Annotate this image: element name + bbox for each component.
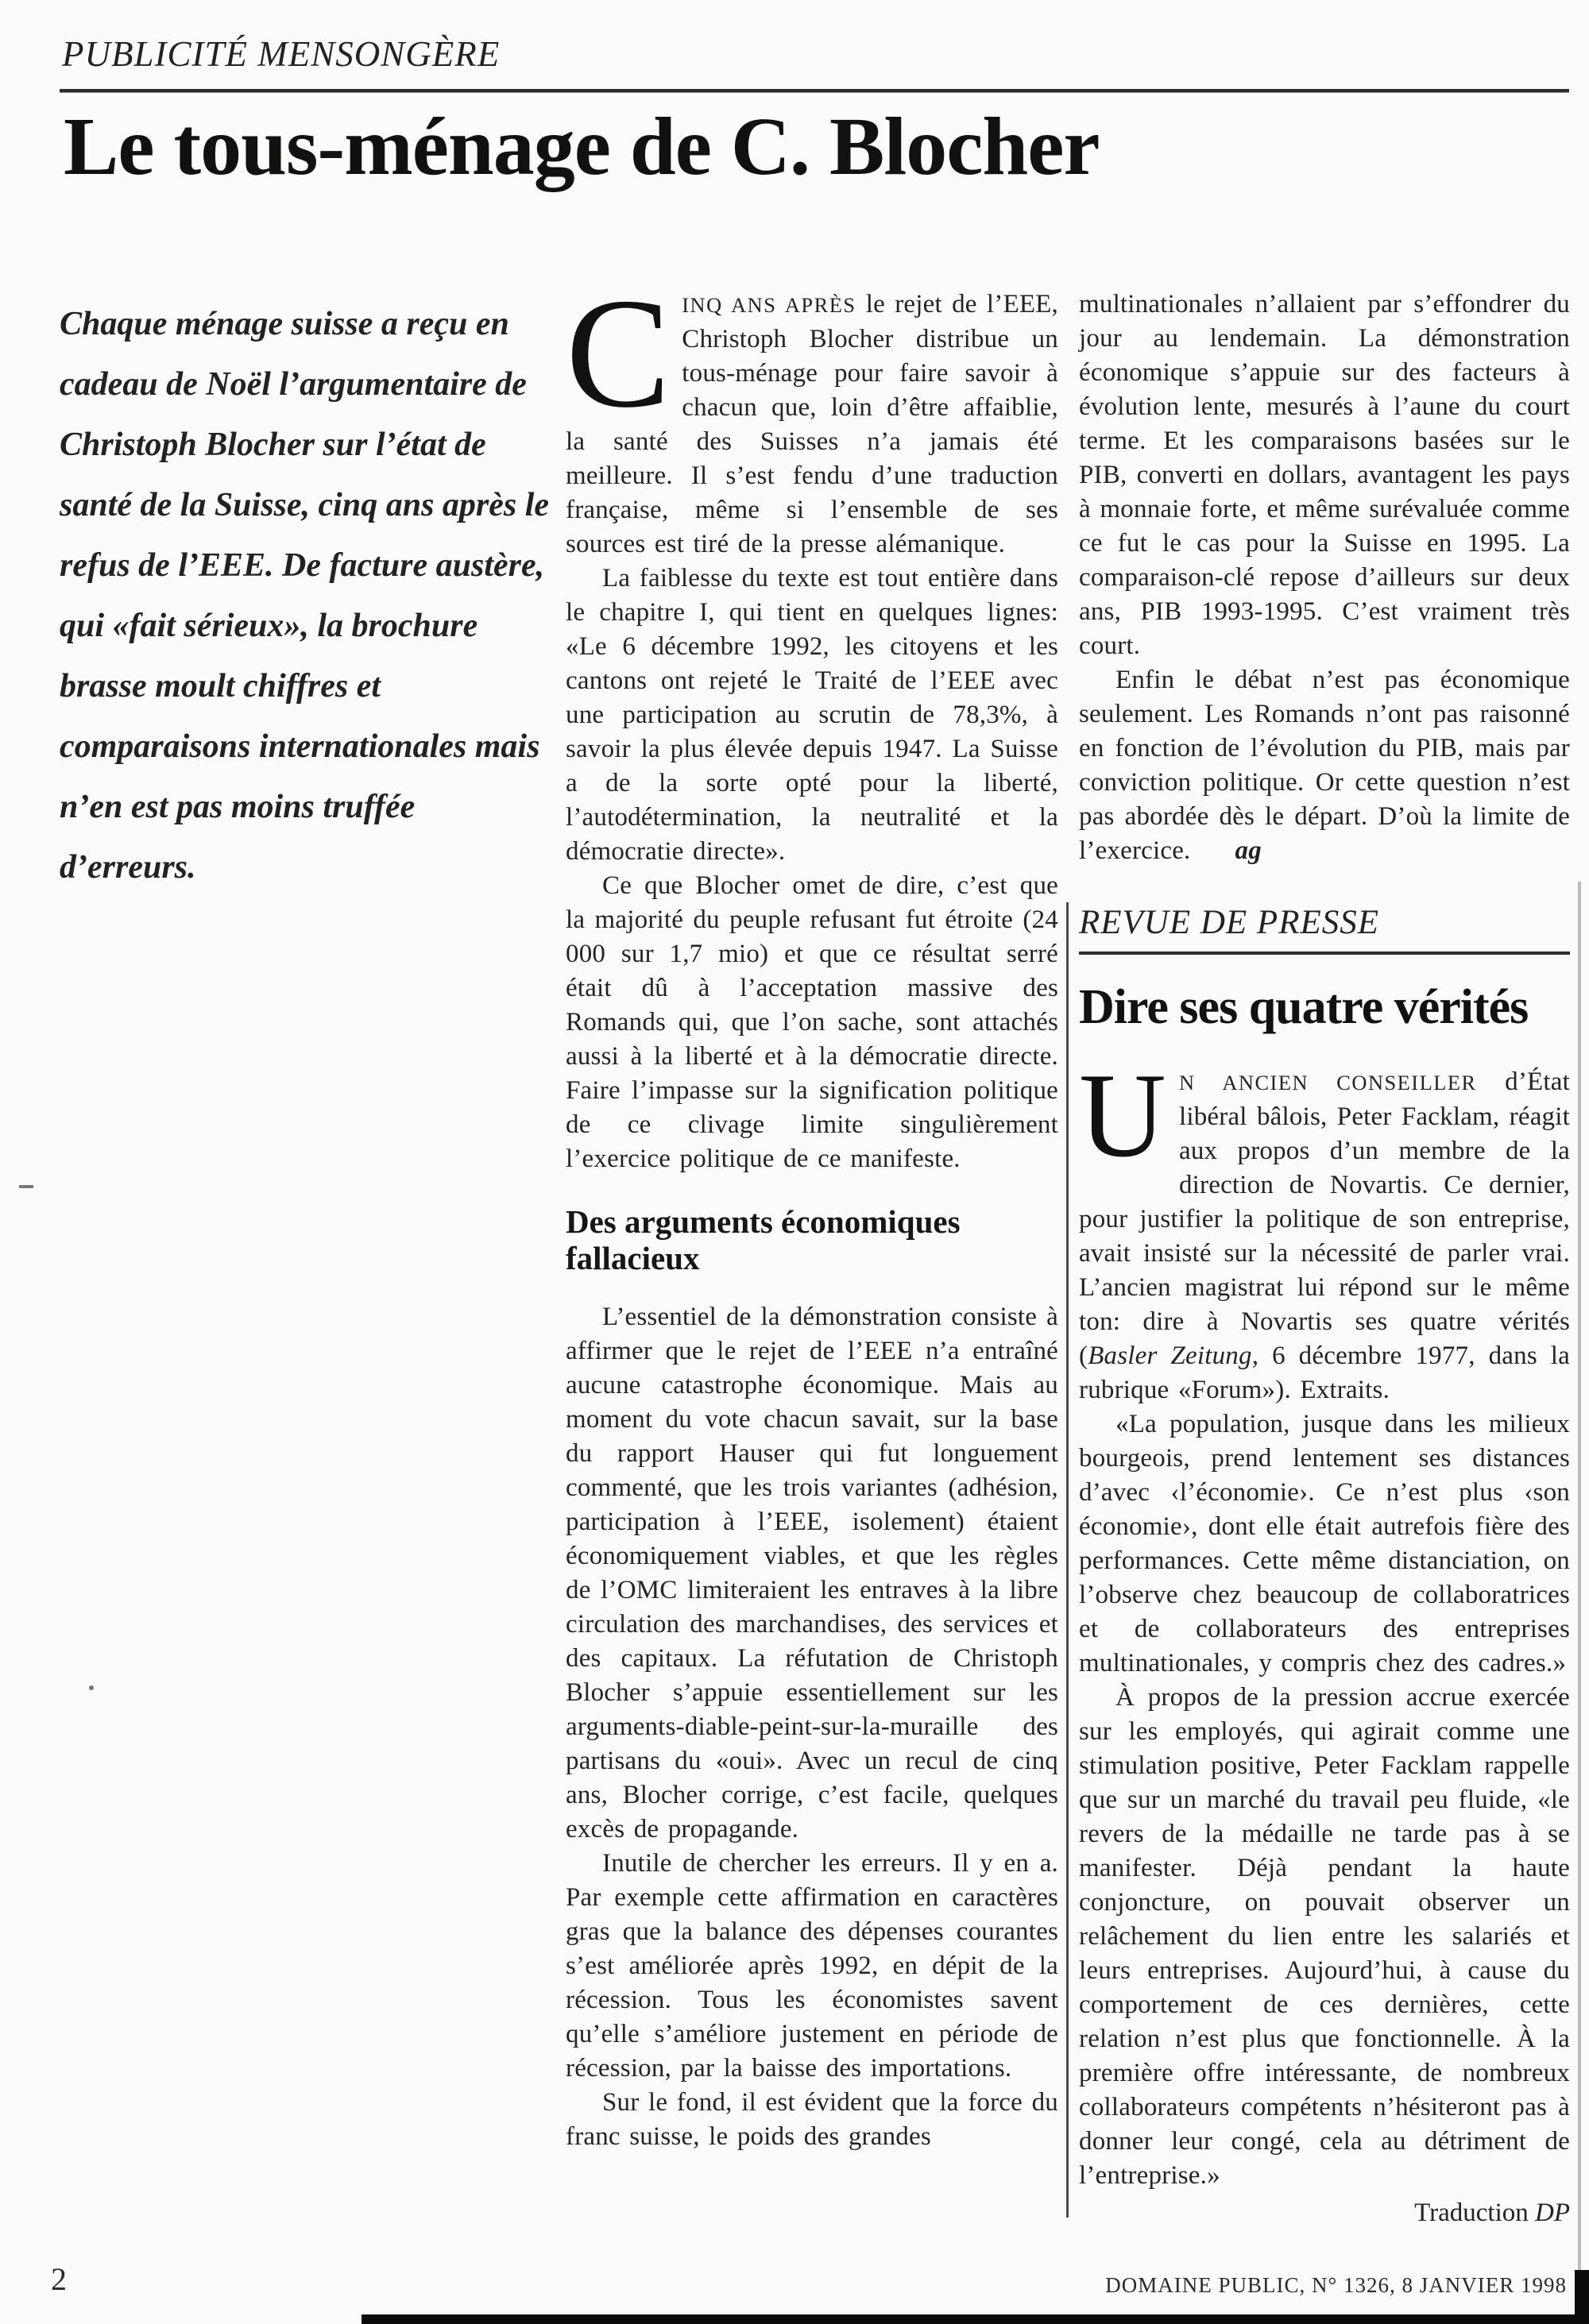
- subhead: Des arguments économiques fallacieux: [566, 1203, 1058, 1276]
- article-title: Le tous-ménage de C. Blocher: [64, 102, 1557, 192]
- revue-de-presse-section: REVUE DE PRESSE Dire ses quatre vérités …: [1079, 903, 1570, 2230]
- scan-edge-shadow: [1578, 882, 1581, 2311]
- drop-cap: C: [566, 288, 682, 424]
- lead-paragraph: Chaque ménage suisse a reçu en cadeau de…: [60, 288, 551, 898]
- column-divider-rule: [1066, 902, 1069, 2218]
- body-paragraph: CINQ ANS APRÈS le rejet de l’EEE, Christ…: [566, 288, 1058, 562]
- revue-title: Dire ses quatre vérités: [1079, 982, 1570, 1033]
- scan-speck: [19, 1185, 33, 1188]
- page-number: 2: [51, 2260, 67, 2298]
- column-left: Chaque ménage suisse a reçu en cadeau de…: [60, 288, 551, 898]
- smallcaps-lead: N ANCIEN CONSEILLER: [1179, 1071, 1477, 1094]
- section-rubric: PUBLICITÉ MENSONGÈRE: [62, 33, 500, 75]
- paragraph-text: Enfin le débat n’est pas économique seul…: [1079, 666, 1570, 865]
- body-paragraph: La faiblesse du texte est tout entière d…: [566, 562, 1058, 869]
- magazine-page: PUBLICITÉ MENSONGÈRE Le tous-ménage de C…: [0, 0, 1589, 2324]
- column-right: multinationales n’allaient par s’effondr…: [1079, 288, 1570, 2230]
- body-paragraph: Ce que Blocher omet de dire, c’est que l…: [566, 869, 1058, 1176]
- body-paragraph: L’essentiel de la démonstration consiste…: [566, 1300, 1058, 1847]
- column-middle: CINQ ANS APRÈS le rejet de l’EEE, Christ…: [566, 288, 1058, 2154]
- drop-cap: U: [1079, 1065, 1179, 1170]
- body-paragraph: À propos de la pression accrue exercée s…: [1079, 1681, 1570, 2193]
- footer-journal-line: DOMAINE PUBLIC, N° 1326, 8 JANVIER 1998: [1105, 2273, 1567, 2298]
- scan-black-bar: [361, 2314, 1589, 2324]
- body-paragraph: «La population, jusque dans les milieux …: [1079, 1407, 1570, 1681]
- scan-corner-mark: [1575, 2270, 1589, 2324]
- credit-initials: DP: [1535, 2199, 1570, 2227]
- scan-speck: [89, 1685, 94, 1690]
- body-paragraph: Sur le fond, il est évident que la force…: [566, 2086, 1058, 2154]
- body-paragraph: multinationales n’allaient par s’effondr…: [1079, 288, 1570, 663]
- body-paragraph: Inutile de chercher les erreurs. Il y en…: [566, 1847, 1058, 2086]
- body-paragraph: Enfin le débat n’est pas économique seul…: [1079, 663, 1570, 868]
- body-paragraph: UN ANCIEN CONSEILLER d’État libéral bâlo…: [1079, 1065, 1570, 1407]
- newspaper-name: Basler Zeitung: [1088, 1342, 1252, 1370]
- credit-label: Traduction: [1414, 2199, 1535, 2227]
- translation-credit: Traduction DP: [1079, 2196, 1570, 2230]
- rubric-rule: [60, 89, 1569, 93]
- revue-rubric: REVUE DE PRESSE: [1079, 903, 1570, 955]
- smallcaps-lead: INQ ANS APRÈS: [682, 293, 856, 317]
- author-initials: ag: [1235, 836, 1262, 865]
